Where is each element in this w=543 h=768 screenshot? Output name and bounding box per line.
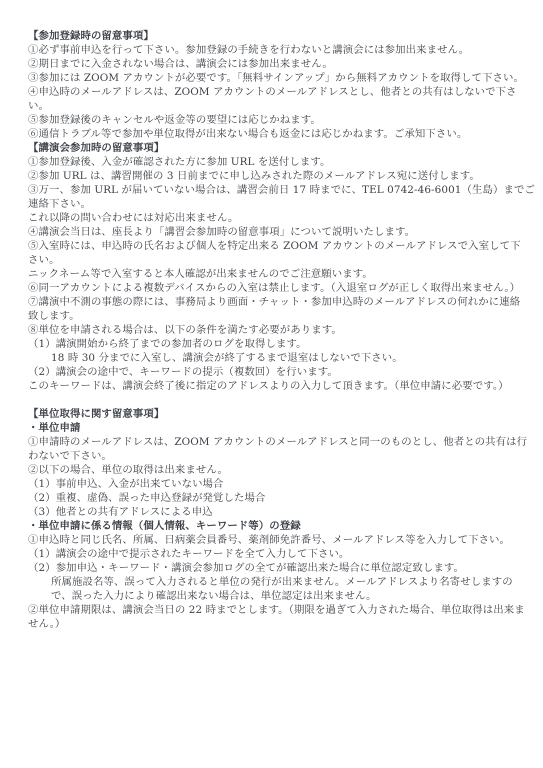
blank-line bbox=[28, 393, 520, 407]
section-heading-lecture: 【講演会参加時の留意事項】 bbox=[28, 141, 520, 155]
section-heading-credit: 【単位取得に関す留意事項】 bbox=[28, 407, 520, 421]
subheading-credit-application: ・単位申請 bbox=[28, 421, 520, 435]
doc-line: ④申込時のメールアドレスは、ZOOM アカウントのメールアドレスとし、他者との共… bbox=[28, 85, 520, 99]
doc-line: で、誤った入力により確認出来ない場合は、単位認定は出来ません。 bbox=[28, 589, 520, 603]
doc-line: せん。） bbox=[28, 617, 520, 631]
doc-line: ⑥通信トラブル等で参加や単位取得が出来ない場合も返金には応じかねます。ご承知下さ… bbox=[28, 127, 520, 141]
doc-line: い。 bbox=[28, 99, 520, 113]
doc-line: 18 時 30 分までに入室し、講演会が終了するまで退室はしないで下さい。 bbox=[28, 351, 520, 365]
doc-line: ⑧単位を申請される場合は、以下の条件を満たす必要があります。 bbox=[28, 323, 520, 337]
doc-line: 所属施設名等、誤って入力されると単位の発行が出来ません。メールアドレスより名寄せ… bbox=[28, 575, 520, 589]
doc-line: ⑤入室時には、申込時の氏名および個人を特定出来る ZOOM アカウントのメールア… bbox=[28, 239, 520, 253]
doc-line: ⑦講演中不測の事態の際には、事務局より画面・チャット・参加申込時のメールアドレス… bbox=[28, 295, 520, 309]
doc-line: 連絡下さい。 bbox=[28, 197, 520, 211]
doc-line: これ以降の問い合わせには対応出来ません。 bbox=[28, 211, 520, 225]
doc-line: ニックネーム等で入室すると本人確認が出来ませんのでご注意願います。 bbox=[28, 267, 520, 281]
doc-line: （2）重複、虚偽、誤った申込登録が発覚した場合 bbox=[28, 491, 520, 505]
doc-line: ②単位申請期限は、講演会当日の 22 時までとします。（期限を過ぎて入力された場… bbox=[28, 603, 520, 617]
doc-line: （2）参加申込・キーワード・講演会参加ログの全てが確認出来た場合に単位認定致しま… bbox=[28, 561, 520, 575]
doc-line: （2）講演会の途中で、キーワードの提示（複数回）を行います。 bbox=[28, 365, 520, 379]
doc-line: （1）事前申込、入金が出来ていない場合 bbox=[28, 477, 520, 491]
doc-line: ②参加 URL は、講習開催の 3 日前までに申し込みされた際のメールアドレス宛… bbox=[28, 169, 520, 183]
doc-line: ⑤参加登録後のキャンセルや返金等の要望には応じかねます。 bbox=[28, 113, 520, 127]
doc-line: ①申請時のメールアドレスは、ZOOM アカウントのメールアドレスと同一のものとし… bbox=[28, 435, 520, 449]
doc-line: さい。 bbox=[28, 253, 520, 267]
doc-line: ②以下の場合、単位の取得は出来ません。 bbox=[28, 463, 520, 477]
doc-line: ④講演会当日は、座長より「講習会参加時の留意事項」について説明いたします。 bbox=[28, 225, 520, 239]
doc-line: ①必ず事前申込を行って下さい。参加登録の手続きを行わないと講演会には参加出来ませ… bbox=[28, 43, 520, 57]
doc-line: ②期日までに入金されない場合は、講演会には参加出来ません。 bbox=[28, 57, 520, 71]
doc-line: ③万一、参加 URL が届いていない場合は、講習会前日 17 時までに、TEL … bbox=[28, 183, 520, 197]
doc-line: このキーワードは、講演会終了後に指定のアドレスよりの入力して頂きます。（単位申請… bbox=[28, 379, 520, 393]
document-content: 【参加登録時の留意事項】 ①必ず事前申込を行って下さい。参加登録の手続きを行わな… bbox=[28, 29, 520, 631]
subheading-credit-info-registration: ・単位申請に係る情報（個人情報、キーワード等）の登録 bbox=[28, 519, 520, 533]
section-heading-participation: 【参加登録時の留意事項】 bbox=[28, 29, 520, 43]
doc-line: （1）講演開始から終了までの参加者のログを取得します。 bbox=[28, 337, 520, 351]
doc-line: （1）講演会の途中で提示されたキーワードを全て入力して下さい。 bbox=[28, 547, 520, 561]
doc-line: ③参加には ZOOM アカウントが必要です。「無料サインアップ」から無料アカウン… bbox=[28, 71, 520, 85]
doc-line: ⑥同一アカウントによる複数デバイスからの入室は禁止します。（入退室ログが正しく取… bbox=[28, 281, 520, 295]
document-page: 【参加登録時の留意事項】 ①必ず事前申込を行って下さい。参加登録の手続きを行わな… bbox=[0, 0, 543, 768]
doc-line: 致します。 bbox=[28, 309, 520, 323]
doc-line: わないで下さい。 bbox=[28, 449, 520, 463]
doc-line: ①参加登録後、入金が確認された方に参加 URL を送付します。 bbox=[28, 155, 520, 169]
doc-line: （3）他者との共有アドレスによる申込 bbox=[28, 505, 520, 519]
doc-line: ①申込時と同じ氏名、所属、日病薬会員番号、薬剤師免許番号、メールアドレス等を入力… bbox=[28, 533, 520, 547]
